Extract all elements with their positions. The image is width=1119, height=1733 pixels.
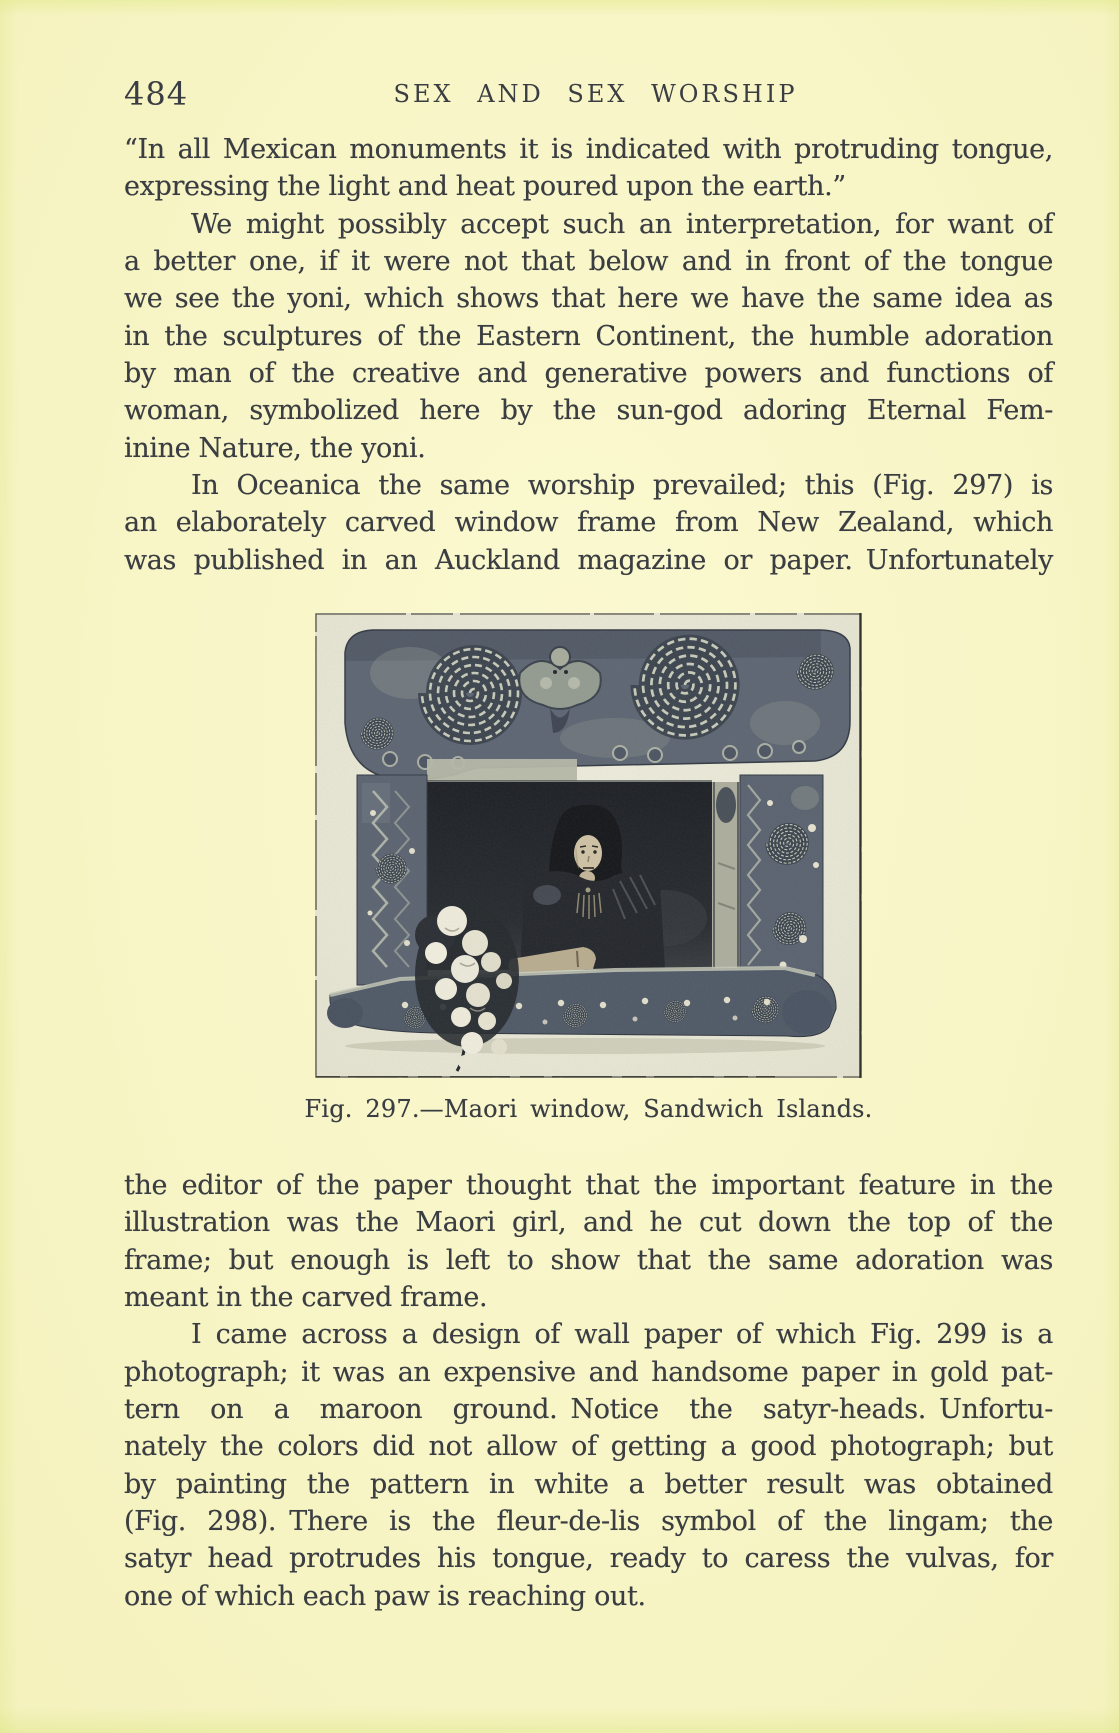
text-line: satyr head protrudes his tongue, ready t…: [124, 1540, 1053, 1577]
film-grain-overlay: [315, 613, 862, 1078]
running-title: SEX AND SEX WORSHIP: [124, 76, 1053, 112]
text-line: the editor of the paper thought that the…: [124, 1167, 1053, 1204]
text-line: illustration was the Maori girl, and he …: [124, 1204, 1053, 1241]
text-line: an elaborately carved window frame from …: [124, 504, 1053, 541]
text-line: woman, symbolized here by the sun-god ad…: [124, 392, 1053, 429]
text-line: by painting the pattern in white a bette…: [124, 1466, 1053, 1503]
text-line: photograph; it was an expensive and hand…: [124, 1354, 1053, 1391]
body-text: “In all Mexican monuments it is indicate…: [124, 131, 1053, 1615]
text-line: in the sculptures of the Eastern Contine…: [124, 318, 1053, 355]
text-line: we see the yoni, which shows that here w…: [124, 280, 1053, 317]
text-line: was published in an Auckland magazine or…: [124, 542, 1053, 579]
page-number: 484: [124, 76, 188, 112]
text-line: tern on a maroon ground. Notice the saty…: [124, 1391, 1053, 1428]
text-line: meant in the carved frame.: [124, 1279, 1053, 1316]
figure-caption: Fig. 297.—Maori window, Sandwich Islands…: [124, 1093, 1053, 1126]
text-line: We might possibly accept such an interpr…: [124, 206, 1053, 243]
text-line: nately the colors did not allow of getti…: [124, 1428, 1053, 1465]
text-line: by man of the creative and generative po…: [124, 355, 1053, 392]
book-page: 484 SEX AND SEX WORSHIP “In all Mexican …: [0, 0, 1119, 1733]
text-line: frame; but enough is left to show that t…: [124, 1242, 1053, 1279]
text-line: I came across a design of wall paper of …: [124, 1316, 1053, 1353]
text-line: (Fig. 298). There is the fleur-de-lis sy…: [124, 1503, 1053, 1540]
text-line: In Oceanica the same worship prevailed; …: [124, 467, 1053, 504]
text-line: one of which each paw is reaching out.: [124, 1578, 1053, 1615]
text-line: “In all Mexican monuments it is indicate…: [124, 131, 1053, 168]
text-line: expressing the light and heat poured upo…: [124, 168, 1053, 205]
text-line: a better one, if it were not that below …: [124, 243, 1053, 280]
figure-photo: [315, 613, 862, 1078]
text-line: inine Nature, the yoni.: [124, 430, 1053, 467]
page-header: 484 SEX AND SEX WORSHIP: [124, 76, 1053, 116]
maori-window-figure: [315, 613, 862, 1078]
